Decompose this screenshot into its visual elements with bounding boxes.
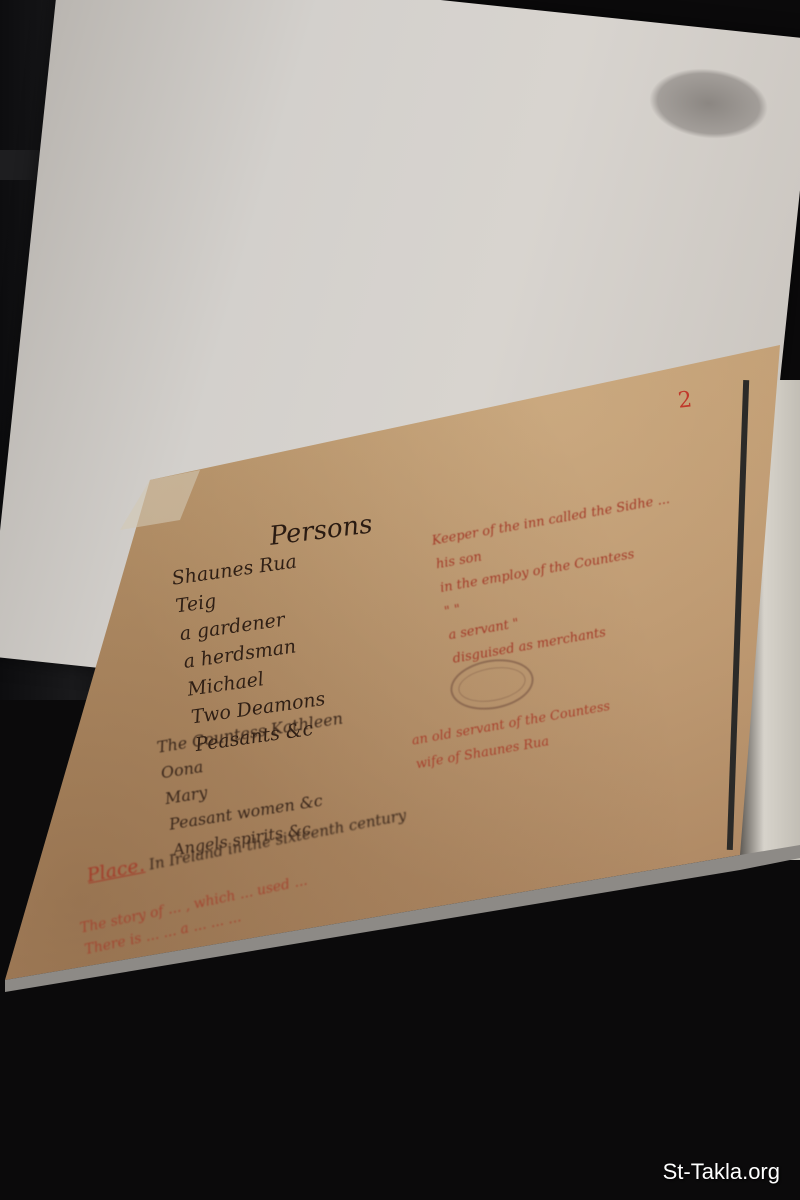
watermark: St-Takla.org <box>663 1159 780 1185</box>
manuscript-heading: Persons <box>268 509 374 551</box>
manuscript-text: 2 Persons Shaunes Rua Teig a gardener a … <box>0 0 800 1000</box>
footnote-red: The story of ... , which ... used ... Th… <box>78 870 314 961</box>
photo-scene: 2 Persons Shaunes Rua Teig a gardener a … <box>0 0 800 1200</box>
cast-roles: Keeper of the inn called the Sidhe ... h… <box>430 488 693 672</box>
place-label: Place. <box>85 854 146 887</box>
second-group-roles: an old servant of the Countess wife of S… <box>410 695 616 777</box>
page-number: 2 <box>677 387 694 413</box>
